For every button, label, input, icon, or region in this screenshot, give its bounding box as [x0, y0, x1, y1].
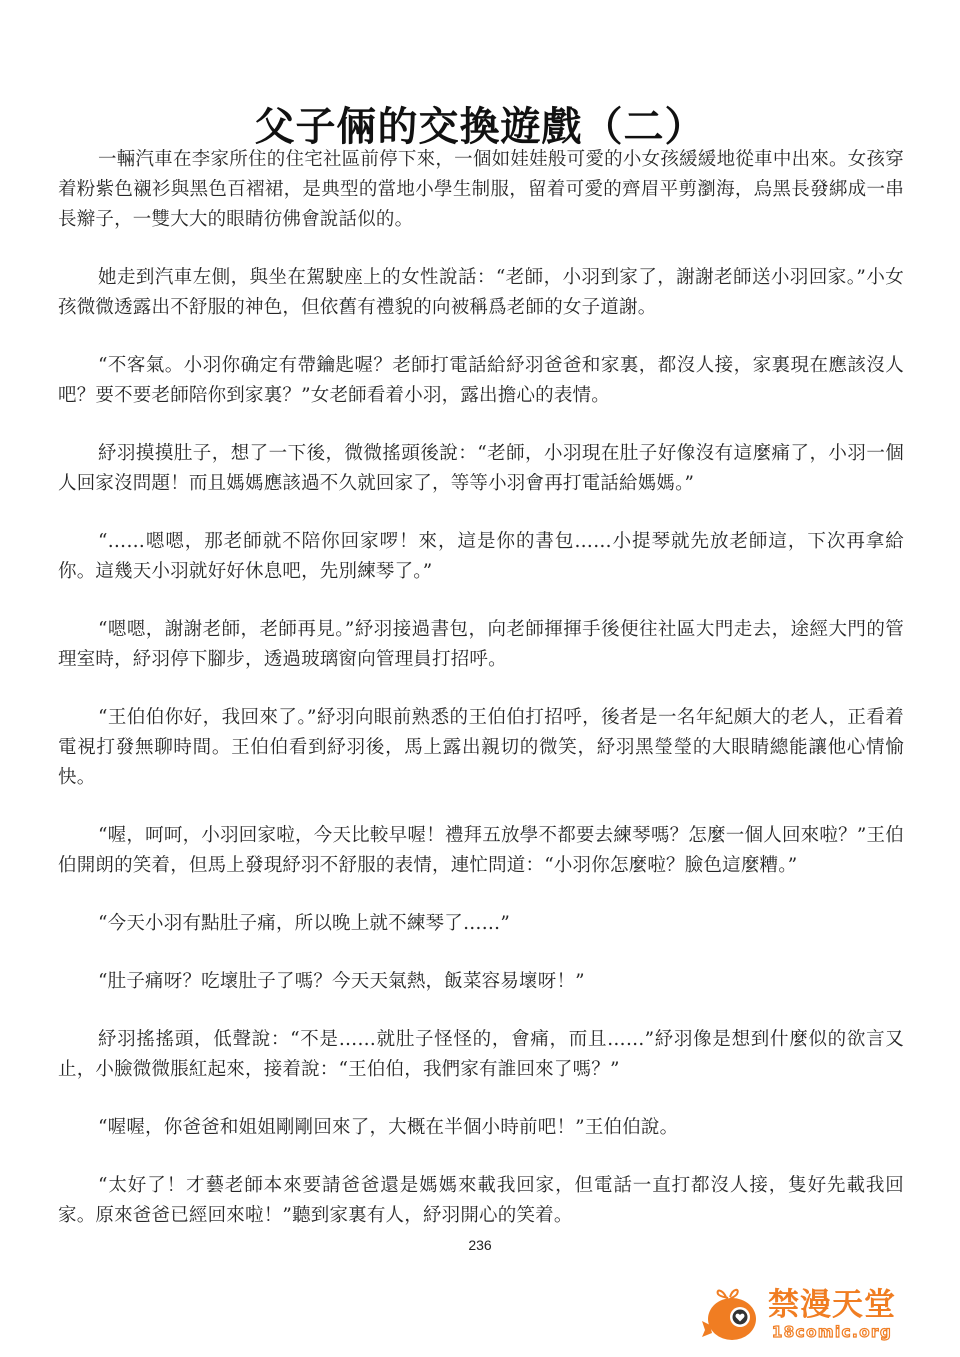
paragraph: “今天小羽有點肚子痛，所以晚上就不練琴了……” [58, 909, 904, 939]
paragraph: 她走到汽車左側，與坐在駕駛座上的女性說話：“老師，小羽到家了，謝謝老師送小羽回家… [58, 263, 904, 323]
paragraph: “……嗯嗯，那老師就不陪你回家啰！來，這是你的書包……小提琴就先放老師這，下次再… [58, 527, 904, 587]
paragraph: “喔，呵呵，小羽回家啦，今天比較早喔！禮拜五放學不都要去練琴嗎？怎麼一個人回來啦… [58, 821, 904, 881]
paragraph: “嗯嗯，謝謝老師，老師再見。”紓羽接過書包，向老師揮揮手後便往社區大門走去，途經… [58, 615, 904, 675]
paragraph: “王伯伯你好，我回來了。”紓羽向眼前熟悉的王伯伯打招呼，後者是一名年紀頗大的老人… [58, 703, 904, 793]
whale-heart-mascot-icon [700, 1283, 762, 1345]
paragraph: “喔喔，你爸爸和姐姐剛剛回來了，大概在半個小時前吧！”王伯伯說。 [58, 1113, 904, 1143]
paragraph: 一輛汽車在李家所住的住宅社區前停下來，一個如娃娃般可愛的小女孩緩緩地從車中出來。… [58, 145, 904, 235]
watermark-logo: 禁漫天堂 18comic.org [700, 1278, 950, 1350]
paragraph: “太好了！才藝老師本來要請爸爸還是媽媽來載我回家，但電話一直打都沒人接，隻好先載… [58, 1171, 904, 1231]
paragraph: “不客氣。小羽你确定有帶鑰匙喔？老師打電話給紓羽爸爸和家裏，都沒人接，家裏現在應… [58, 351, 904, 411]
watermark-url: 18comic.org [772, 1323, 892, 1341]
watermark-brand: 禁漫天堂 [768, 1287, 896, 1323]
paragraph: 紓羽搖搖頭，低聲說：“不是……就肚子怪怪的，會痛，而且……”紓羽像是想到什麼似的… [58, 1025, 904, 1085]
story-body: 一輛汽車在李家所住的住宅社區前停下來，一個如娃娃般可愛的小女孩緩緩地從車中出來。… [58, 145, 904, 1259]
page-number: 236 [0, 1237, 960, 1253]
paragraph: “肚子痛呀？吃壞肚子了嗎？今天天氣熱，飯菜容易壞呀！” [58, 967, 904, 997]
paragraph: 紓羽摸摸肚子，想了一下後，微微搖頭後說：“老師，小羽現在肚子好像沒有這麼痛了，小… [58, 439, 904, 499]
